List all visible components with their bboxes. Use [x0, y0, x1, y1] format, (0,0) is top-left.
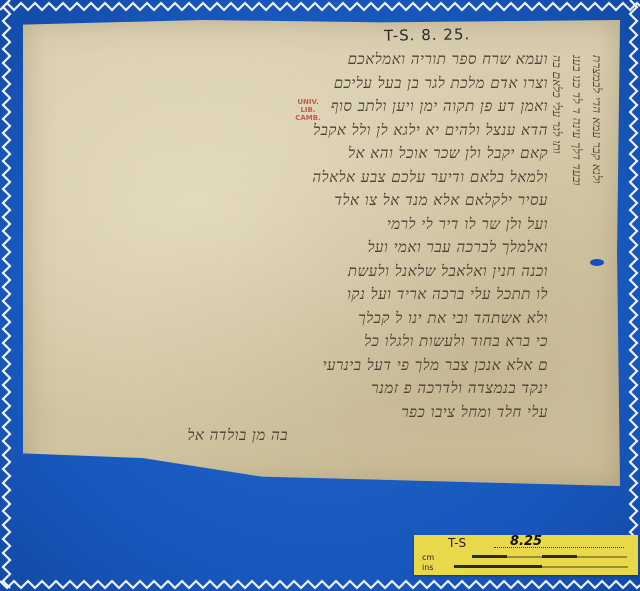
- text-line: ם אלא אנכן צבר מלך פי דעל בינרעי: [28, 356, 548, 380]
- margin-line: ובעד דלך עינה ד לד כנו בענ: [569, 55, 584, 485]
- manuscript-text-body: ועמא שרח ספר תוריה ואמלאכם וצרו אדם מלכת…: [28, 50, 548, 450]
- text-line: עלי חלד ומחל ציבו כפר: [28, 403, 548, 427]
- ins-scale-bar: [542, 566, 628, 568]
- text-line: ואמן דע פן תקוה ימן ויען ולתב סוף: [28, 97, 548, 121]
- text-line: עסיר ילקלאם אלא מנד אל צו אלד: [28, 191, 548, 215]
- text-line: הדא ענצל ולהים יא ילגא לן ולל אקבל: [28, 121, 548, 145]
- text-line: קאם יקבל ולן שכר אוכל והא אל: [28, 144, 548, 168]
- scale-cm-label: cm: [422, 553, 434, 562]
- text-line: ועמא שרח ספר תוריה ואמלאכם: [28, 50, 548, 74]
- text-line: ואלמלך לברכה עבר ואמי ועל: [28, 238, 548, 262]
- text-line: כי ברא בחוד ולעשות ולגלו כל: [28, 332, 548, 356]
- margin-line: ותו לגר עלי כלאם בה: [549, 55, 564, 485]
- text-line: וכנה חנין ואלאבל שלאנל ולעשת: [28, 262, 548, 286]
- cm-scale-bar: [507, 556, 542, 558]
- label-prefix: T-S: [448, 536, 466, 550]
- cm-scale-bar: [472, 555, 507, 558]
- blue-ink-mark: [590, 259, 604, 266]
- text-line: ולא אשתהד ובי את ינו ל קבלך: [28, 309, 548, 333]
- scale-ins-label: ins: [422, 563, 433, 572]
- handwritten-shelfmark: T-S. 8. 25.: [384, 25, 471, 45]
- shelfmark-label: T-S 8.25 cm ins: [414, 535, 638, 575]
- ins-scale-bar: [454, 565, 542, 568]
- zigzag-border-bottom: [0, 577, 640, 591]
- text-line: ינקד בנמצדה ולדרכה פ זמנר: [28, 379, 548, 403]
- text-line: וצרו אדם מלכת לגר בן בעל עליכם: [28, 74, 548, 98]
- zigzag-border-top: [0, 0, 640, 14]
- cm-scale-bar: [577, 556, 627, 558]
- margin-line: ולנא קבר עמא הדי לבמצרת: [589, 55, 604, 485]
- cm-scale-bar: [542, 555, 577, 558]
- label-number: 8.25: [510, 534, 542, 549]
- text-line: ולמאל בלאם ודיער עלכם צבע אלאלה: [28, 168, 548, 192]
- zigzag-border-left: [0, 0, 14, 591]
- text-line: בה מן בולדה אל: [28, 426, 288, 450]
- text-line: ועל ולן שר לו דיר לי לרמי: [28, 215, 548, 239]
- text-line: לו תתכל עלי ברכה אריד ועל נקו: [28, 285, 548, 309]
- margin-text-vertical: ולנא קבר עמא הדי לבמצרת ובעד דלך עינה ד …: [545, 55, 615, 485]
- zigzag-border-right: [626, 0, 640, 591]
